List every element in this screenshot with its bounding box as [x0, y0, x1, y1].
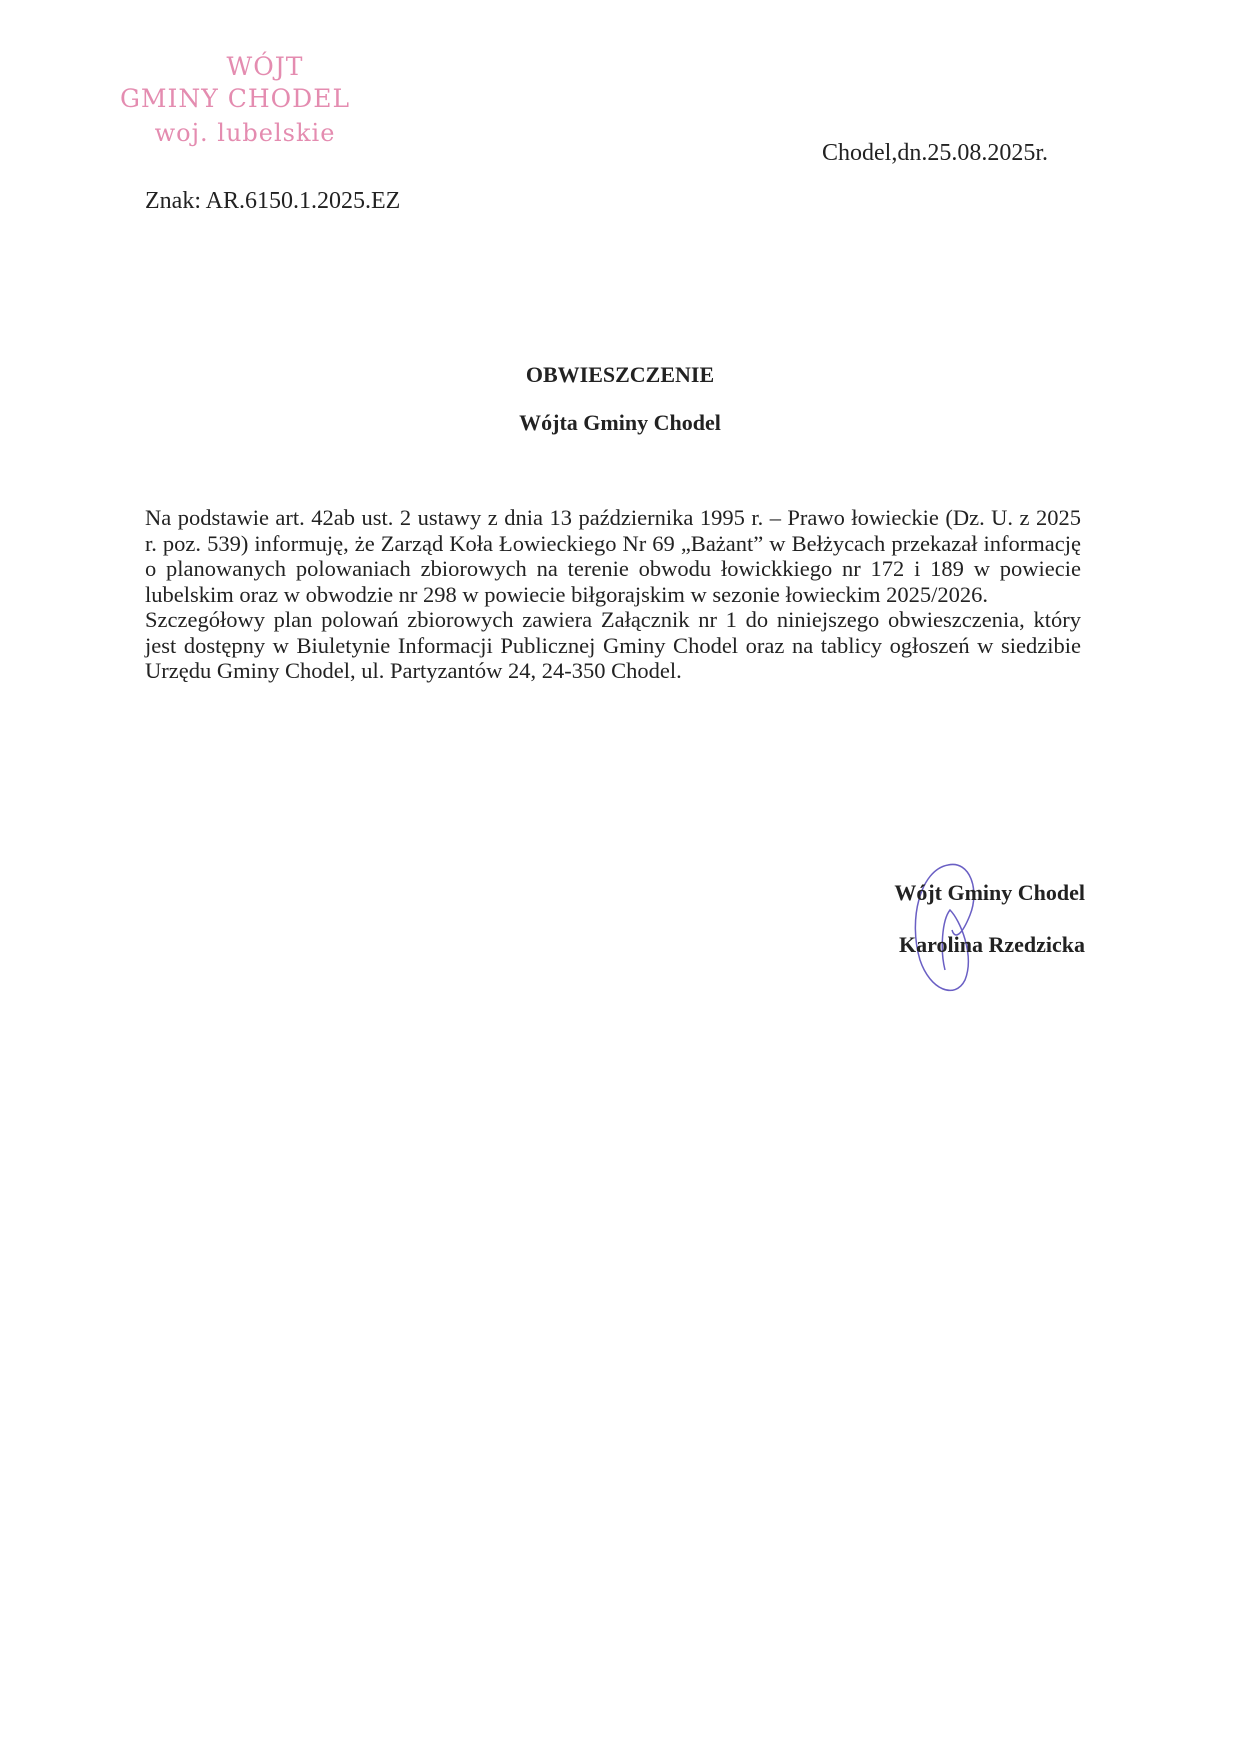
signatory-role: Wójt Gminy Chodel [894, 880, 1085, 906]
official-stamp: WÓJT GMINY CHODEL woj. lubelskie [95, 52, 415, 150]
signatory-name: Karolina Rzedzicka [894, 932, 1085, 958]
document-title: OBWIESZCZENIE [0, 362, 1240, 388]
body-paragraph-2: Szczegółowy plan polowań zbiorowych zawi… [145, 607, 1081, 684]
stamp-line-1: WÓJT [115, 52, 415, 82]
stamp-line-3: woj. lubelskie [75, 116, 415, 150]
document-subtitle: Wójta Gminy Chodel [0, 410, 1240, 436]
body-paragraph-1: Na podstawie art. 42ab ust. 2 ustawy z d… [145, 505, 1081, 607]
reference-number: Znak: AR.6150.1.2025.EZ [145, 188, 400, 215]
stamp-line-2: GMINY CHODEL [55, 82, 415, 116]
place-date: Chodel,dn.25.08.2025r. [822, 140, 1048, 167]
document-body: Na podstawie art. 42ab ust. 2 ustawy z d… [145, 505, 1081, 684]
signature-block: Wójt Gminy Chodel Karolina Rzedzicka [894, 880, 1085, 958]
